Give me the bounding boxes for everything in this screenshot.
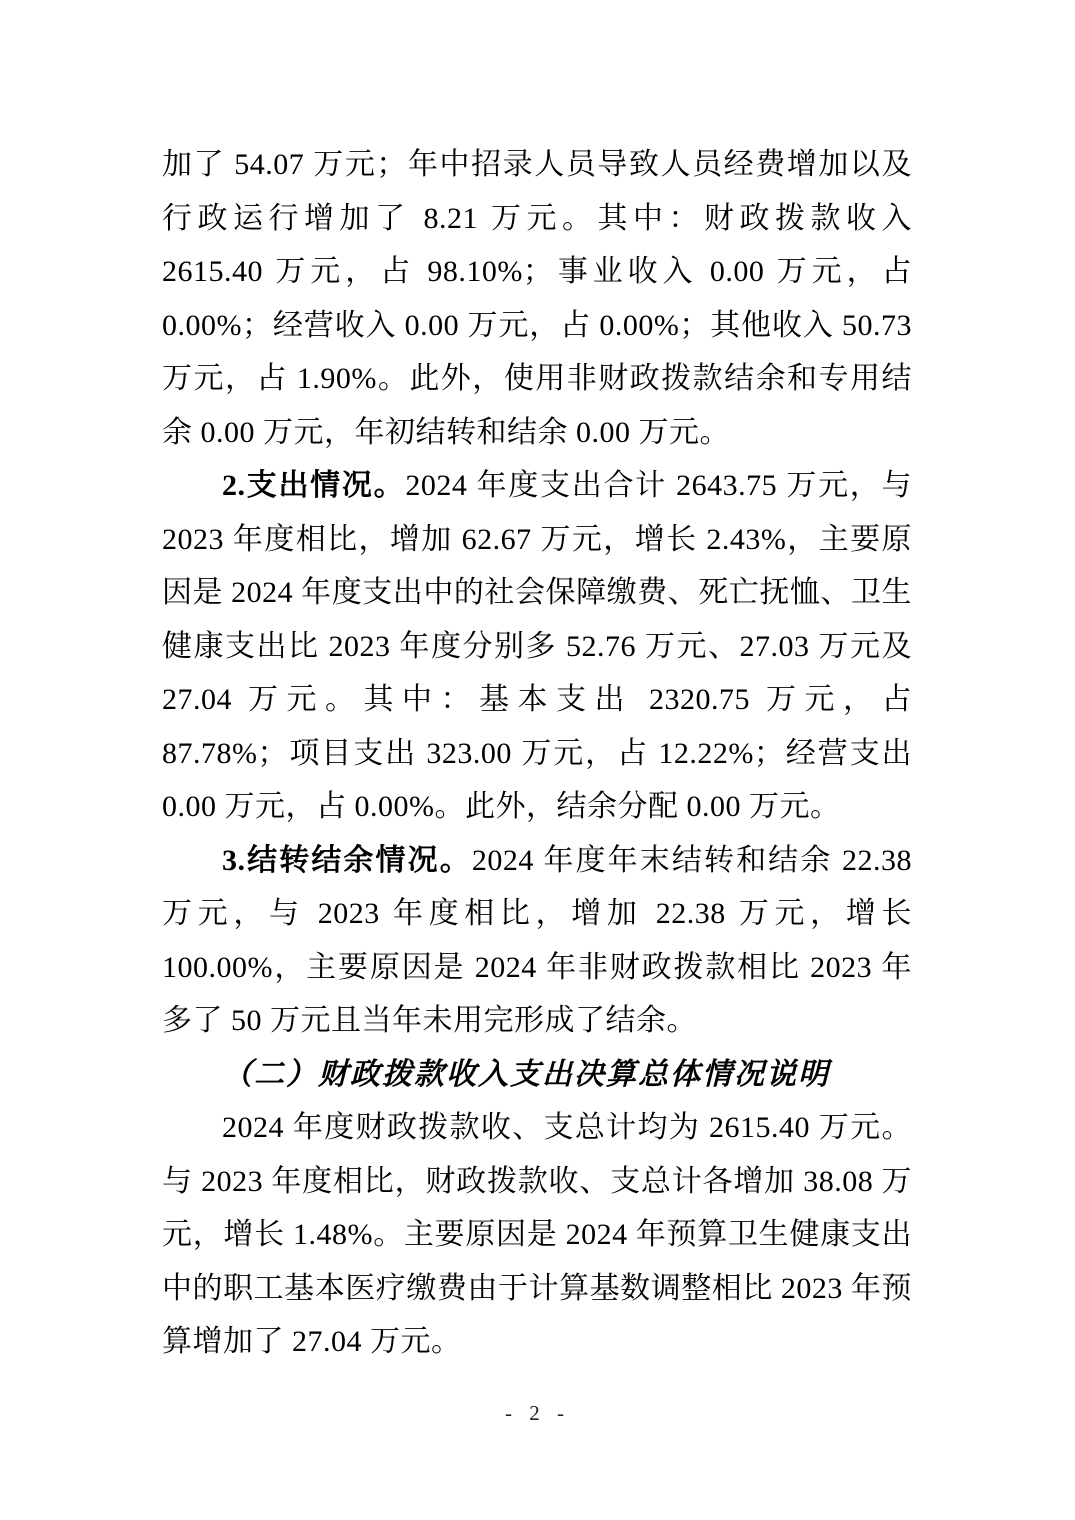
paragraph: 加了 54.07 万元；年中招录人员导致人员经费增加以及行政运行增加了 8.21…	[162, 138, 912, 459]
document-page: 加了 54.07 万元；年中招录人员导致人员经费增加以及行政运行增加了 8.21…	[0, 0, 1075, 1520]
text-run: 2024 年度财政拨款收、支总计均为 2615.40 万元。与 2023 年度相…	[162, 1111, 912, 1358]
text-run: 加了 54.07 万元；年中招录人员导致人员经费增加以及行政运行增加了 8.21…	[162, 148, 912, 449]
paragraph: 3.结转结余情况。2024 年度年末结转和结余 22.38 万元，与 2023 …	[162, 834, 912, 1048]
page-number: - 2 -	[0, 1400, 1075, 1426]
paragraph: 2024 年度财政拨款收、支总计均为 2615.40 万元。与 2023 年度相…	[162, 1101, 912, 1369]
section-heading: （二）财政拨款收入支出决算总体情况说明	[162, 1048, 912, 1102]
paragraph: 2.支出情况。2024 年度支出合计 2643.75 万元，与 2023 年度相…	[162, 459, 912, 834]
text-run-bold: 2.支出情况。	[222, 469, 405, 502]
document-body: 加了 54.07 万元；年中招录人员导致人员经费增加以及行政运行增加了 8.21…	[162, 138, 912, 1369]
text-run-bold: 3.结转结余情况。	[222, 844, 472, 877]
text-run-bold: （二）财政拨款收入支出决算总体情况说明	[222, 1058, 830, 1091]
text-run: 2024 年度支出合计 2643.75 万元，与 2023 年度相比，增加 62…	[162, 469, 912, 823]
